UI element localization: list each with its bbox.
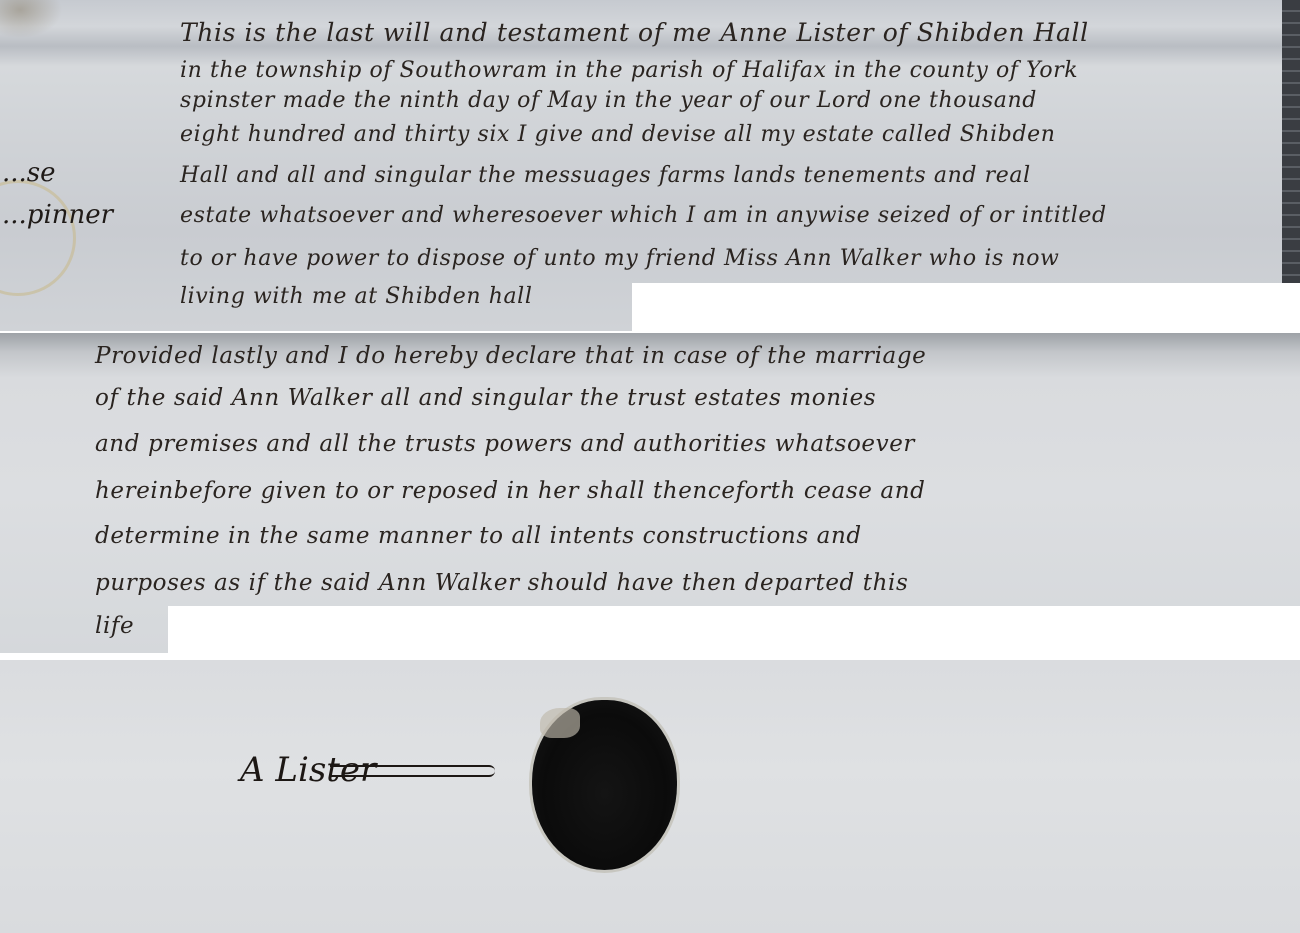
will-line: living with me at Shibden hall — [180, 284, 532, 309]
redacted-area — [632, 283, 1300, 331]
wax-seal-icon — [532, 700, 677, 870]
will-line: estate whatsoever and wheresoever which … — [180, 203, 1107, 228]
will-excerpt-opening: ...se ...pinner This is the last will an… — [0, 0, 1300, 331]
will-line: purposes as if the said Ann Walker shoul… — [95, 570, 908, 596]
will-line: Hall and all and singular the messuages … — [180, 163, 1031, 188]
will-line: life — [95, 613, 134, 639]
signature-flourish — [330, 765, 495, 777]
will-line: spinster made the ninth day of May in th… — [180, 88, 1037, 113]
document-binding-edge — [1282, 0, 1300, 300]
paper-stain — [0, 180, 76, 296]
will-line: hereinbefore given to or reposed in her … — [95, 478, 925, 504]
margin-note: ...pinner — [2, 200, 113, 230]
will-excerpt-marriage-clause: Provided lastly and I do hereby declare … — [0, 333, 1300, 653]
will-line: This is the last will and testament of m… — [180, 18, 1089, 47]
signature-and-seal: A Lister — [0, 660, 1300, 933]
will-line: eight hundred and thirty six I give and … — [180, 122, 1056, 147]
will-line: to or have power to dispose of unto my f… — [180, 246, 1059, 271]
margin-note: ...se — [2, 158, 56, 188]
will-line: Provided lastly and I do hereby declare … — [95, 343, 926, 369]
will-line: of the said Ann Walker all and singular … — [95, 385, 876, 411]
will-line: determine in the same manner to all inte… — [95, 523, 862, 549]
redacted-area — [168, 606, 1300, 653]
will-line: in the township of Southowram in the par… — [180, 58, 1078, 83]
will-line: and premises and all the trusts powers a… — [95, 431, 915, 457]
